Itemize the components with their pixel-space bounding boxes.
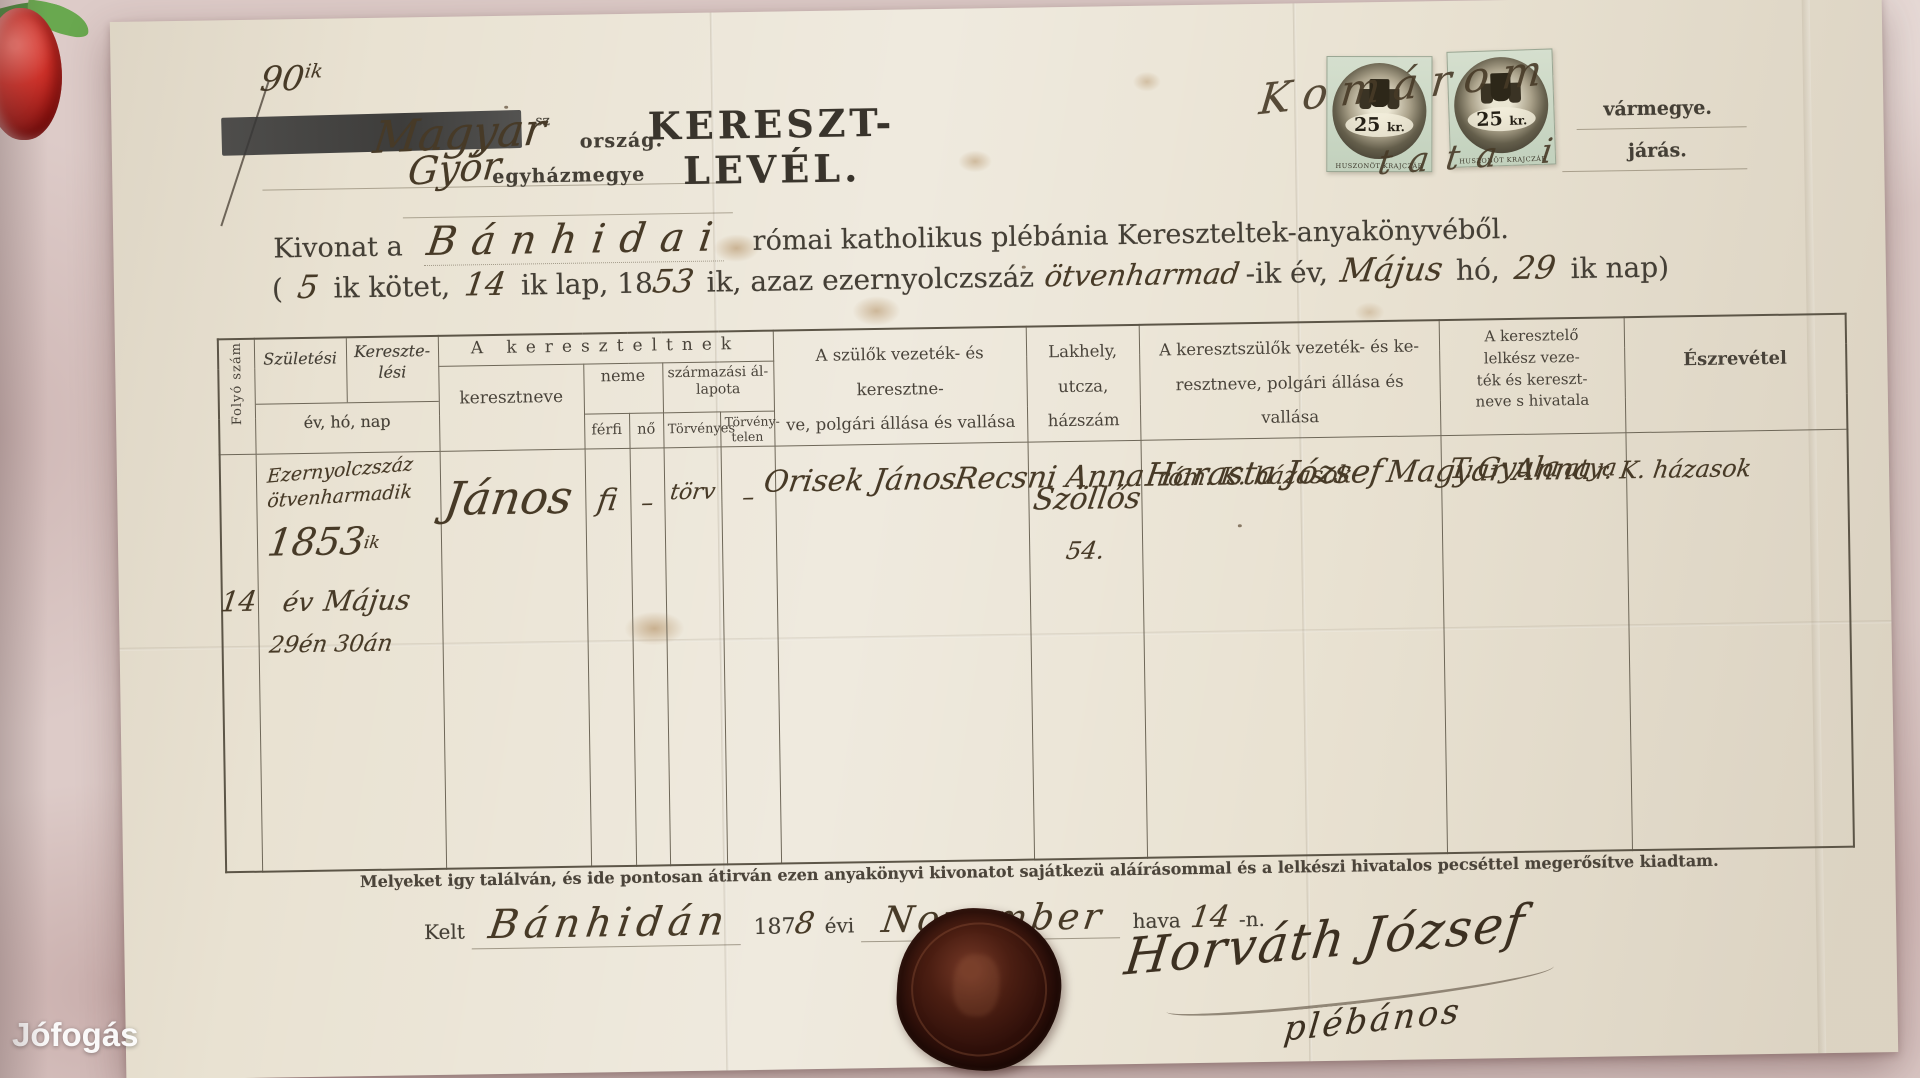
rule xyxy=(1577,126,1747,130)
header-keresztneve: keresztneve xyxy=(438,364,584,452)
vl-p3: ik lap, 18 xyxy=(521,266,653,301)
header-ev-ho-nap: év, hó, nap xyxy=(255,401,438,433)
cell-torvenyes: törv xyxy=(664,447,728,866)
header-szarmazasi: származási ál-lapota xyxy=(662,361,774,413)
vl-p4: ik, azaz ezernyolczszáz xyxy=(706,260,1034,298)
year-printed: 187 xyxy=(753,914,795,940)
header-ferfi: férfi xyxy=(584,413,630,449)
cell-lelkesz: T. Gyula atya xyxy=(1440,433,1632,854)
header-szulok: A szülők vezeték- és keresztne-ve, polgá… xyxy=(773,327,1028,446)
vl-p7: ik nap) xyxy=(1570,251,1669,286)
stain xyxy=(1133,71,1161,91)
cell-torvenytelen: – xyxy=(721,446,782,865)
stamp-value: 25 kr. xyxy=(1327,114,1431,136)
serial-number-handwritten: 90ik xyxy=(258,59,325,100)
year-word-handwritten: ötvenharmad xyxy=(1043,256,1242,293)
cell-keresztnev: János xyxy=(440,449,592,869)
evi-label: évi xyxy=(824,913,854,937)
header-no: nő xyxy=(629,413,664,449)
stamp-value: 25 kr. xyxy=(1449,106,1554,131)
header-folyo-szam: Folyó szám xyxy=(218,339,256,455)
header-torvenytelen: Törvény-telen xyxy=(720,411,775,447)
year-digits-handwritten: 53 xyxy=(650,262,696,301)
vl-p1: ( xyxy=(272,272,283,305)
header-szuletesi: Születési xyxy=(254,338,346,403)
vl-p5: -ik év, xyxy=(1245,256,1328,290)
parish-name-handwritten: Bánhidai xyxy=(424,214,730,266)
page-number-handwritten: 14 xyxy=(462,265,508,304)
header-lelkesz: A keresztelőlelkész veze-ték és kereszt-… xyxy=(1439,317,1626,435)
intro-prefix: Kivonat a xyxy=(273,231,403,264)
document-title: KERESZT-LEVÉL. xyxy=(571,98,972,194)
year-digit-handwritten: 8 xyxy=(793,906,817,941)
header-neme: neme xyxy=(583,362,663,414)
cell-ferfi: fi xyxy=(585,448,637,867)
vl-p6: hó, xyxy=(1456,253,1500,287)
day-handwritten: 29 xyxy=(1512,248,1558,287)
register-table: Folyó szám Születési Kereszte-lési év, h… xyxy=(217,313,1855,874)
month-handwritten: Május xyxy=(1338,249,1445,290)
cell-keresztszulok: Harasta József Magyar Anna r. K. házasok xyxy=(1141,436,1448,859)
header-keresztelesi: Kereszte-lési xyxy=(345,337,438,402)
paper-document: 90ik sz Magyar ország. Győr egyházmegye … xyxy=(110,0,1898,1078)
header-date: Születési Kereszte-lési év, hó, nap xyxy=(254,336,440,454)
cell-szulok: Orisek János Recsni Anna róm. K. házasok xyxy=(775,442,1035,864)
photo-background: { "photo": { "watermark": "Jófogás" }, "… xyxy=(0,0,1920,1078)
header-torvenyes: Törvényes xyxy=(663,412,721,448)
volume-number-handwritten: 5 xyxy=(295,268,321,306)
cell-lakhely: Szöllős 54. xyxy=(1028,440,1148,860)
kelt-label: Kelt xyxy=(424,920,465,945)
cell-date: Ezernyolczszáz ötvenharmadik 1853ik év M… xyxy=(256,451,447,872)
header-keresztszulok: A keresztszülők vezeték- és ke-resztneve… xyxy=(1139,320,1441,440)
vl-p2: ik kötet, xyxy=(333,270,450,305)
place-handwritten: Bánhidán xyxy=(471,898,746,949)
header-lakhely: Lakhely, utcza,házszám xyxy=(1026,325,1141,442)
cell-eszrevetel xyxy=(1625,429,1854,850)
watermark: Jófogás xyxy=(12,1016,139,1054)
stain xyxy=(852,296,900,327)
county-label: vármegye. xyxy=(1603,97,1712,121)
diocese-name-handwritten: Győr xyxy=(406,143,503,194)
header-eszrevetel: Észrevétel xyxy=(1624,314,1848,433)
district-label: járás. xyxy=(1628,139,1687,162)
rule xyxy=(1562,168,1747,172)
